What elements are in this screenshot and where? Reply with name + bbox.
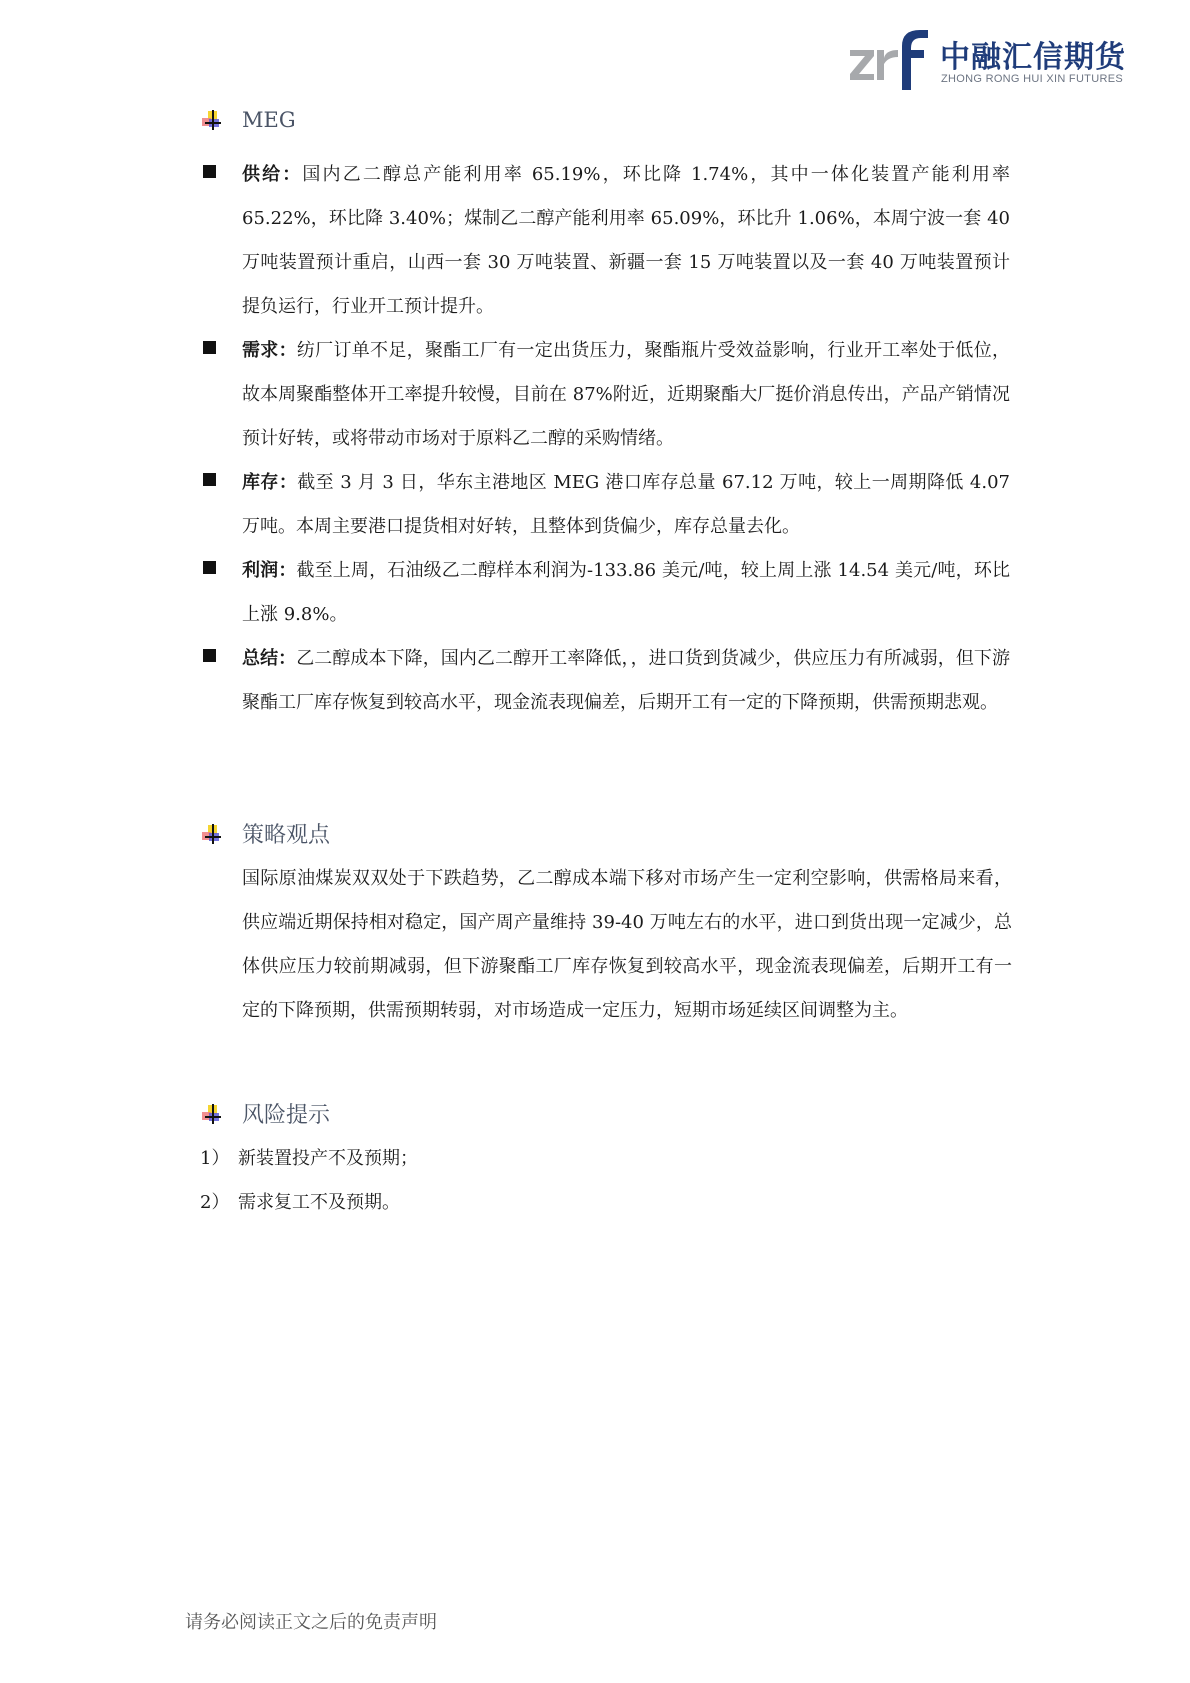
plus-bullet-icon bbox=[200, 1103, 222, 1125]
heading-text: 策略观点 bbox=[242, 818, 330, 849]
strategy-paragraph: 国际原油煤炭双双处于下跌趋势，乙二醇成本端下移对市场产生一定利空影响，供需格局来… bbox=[242, 857, 1012, 1033]
risk-item-text: 需求复工不及预期。 bbox=[238, 1192, 400, 1213]
section-heading-strategy: 策略观点 bbox=[200, 818, 330, 849]
heading-text: MEG bbox=[242, 108, 296, 132]
zrf-logo-icon bbox=[850, 28, 930, 90]
logo-chinese-name: 中融汇信期货 bbox=[940, 32, 1126, 76]
square-bullet-icon bbox=[203, 341, 216, 354]
bullet-body: 供给：国内乙二醇总产能利用率 65.19%，环比降 1.74%，其中一体化装置产… bbox=[242, 153, 1010, 329]
risk-item: 2）需求复工不及预期。 bbox=[200, 1181, 400, 1225]
bullet-inventory: 库存：截至 3 月 3 日，华东主港地区 MEG 港口库存总量 67.12 万吨… bbox=[200, 461, 1010, 549]
bullet-text: 乙二醇成本下降，国内乙二醇开工率降低，，进口货到货减少，供应压力有所减弱，但下游… bbox=[242, 648, 1010, 713]
bullet-summary: 总结：乙二醇成本下降，国内乙二醇开工率降低，，进口货到货减少，供应压力有所减弱，… bbox=[200, 637, 1010, 725]
bullet-text: 国内乙二醇总产能利用率 65.19%，环比降 1.74%，其中一体化装置产能利用… bbox=[242, 164, 1010, 317]
bullet-label: 库存： bbox=[242, 472, 297, 493]
bullet-body: 需求：纺厂订单不足，聚酯工厂有一定出货压力，聚酯瓶片受效益影响，行业开工率处于低… bbox=[242, 329, 1010, 461]
bullet-demand: 需求：纺厂订单不足，聚酯工厂有一定出货压力，聚酯瓶片受效益影响，行业开工率处于低… bbox=[200, 329, 1010, 461]
bullet-text: 纺厂订单不足，聚酯工厂有一定出货压力，聚酯瓶片受效益影响，行业开工率处于低位，故… bbox=[242, 340, 1010, 449]
logo-english-name: ZHONG RONG HUI XIN FUTURES bbox=[941, 73, 1123, 85]
bullet-label: 总结： bbox=[242, 648, 296, 669]
bullet-supply: 供给：国内乙二醇总产能利用率 65.19%，环比降 1.74%，其中一体化装置产… bbox=[200, 153, 1010, 329]
plus-bullet-icon bbox=[200, 823, 222, 845]
company-logo: 中融汇信期货 ZHONG RONG HUI XIN FUTURES bbox=[850, 28, 1120, 90]
square-bullet-icon bbox=[203, 561, 216, 574]
square-bullet-icon bbox=[203, 649, 216, 662]
bullet-text: 截至 3 月 3 日，华东主港地区 MEG 港口库存总量 67.12 万吨，较上… bbox=[242, 472, 1010, 537]
bullet-label: 供给： bbox=[242, 164, 302, 185]
section-heading-meg: MEG bbox=[200, 108, 296, 132]
risk-item-number: 2） bbox=[200, 1181, 238, 1225]
bullet-text: 截至上周，石油级乙二醇样本利润为-133.86 美元/吨，较上周上涨 14.54… bbox=[242, 560, 1010, 625]
bullet-profit: 利润：截至上周，石油级乙二醇样本利润为-133.86 美元/吨，较上周上涨 14… bbox=[200, 549, 1010, 637]
plus-bullet-icon bbox=[200, 109, 222, 131]
section-heading-risk: 风险提示 bbox=[200, 1098, 330, 1129]
footer-disclaimer: 请务必阅读正文之后的免责声明 bbox=[185, 1608, 437, 1634]
square-bullet-icon bbox=[203, 473, 216, 486]
risk-item-text: 新装置投产不及预期； bbox=[238, 1148, 418, 1169]
bullet-body: 总结：乙二醇成本下降，国内乙二醇开工率降低，，进口货到货减少，供应压力有所减弱，… bbox=[242, 637, 1010, 725]
bullet-label: 需求： bbox=[242, 340, 297, 361]
bullet-label: 利润： bbox=[242, 560, 296, 581]
bullet-body: 库存：截至 3 月 3 日，华东主港地区 MEG 港口库存总量 67.12 万吨… bbox=[242, 461, 1010, 549]
risk-item-number: 1） bbox=[200, 1137, 238, 1181]
bullet-body: 利润：截至上周，石油级乙二醇样本利润为-133.86 美元/吨，较上周上涨 14… bbox=[242, 549, 1010, 637]
square-bullet-icon bbox=[203, 165, 216, 178]
risk-item: 1）新装置投产不及预期； bbox=[200, 1137, 418, 1181]
heading-text: 风险提示 bbox=[242, 1098, 330, 1129]
